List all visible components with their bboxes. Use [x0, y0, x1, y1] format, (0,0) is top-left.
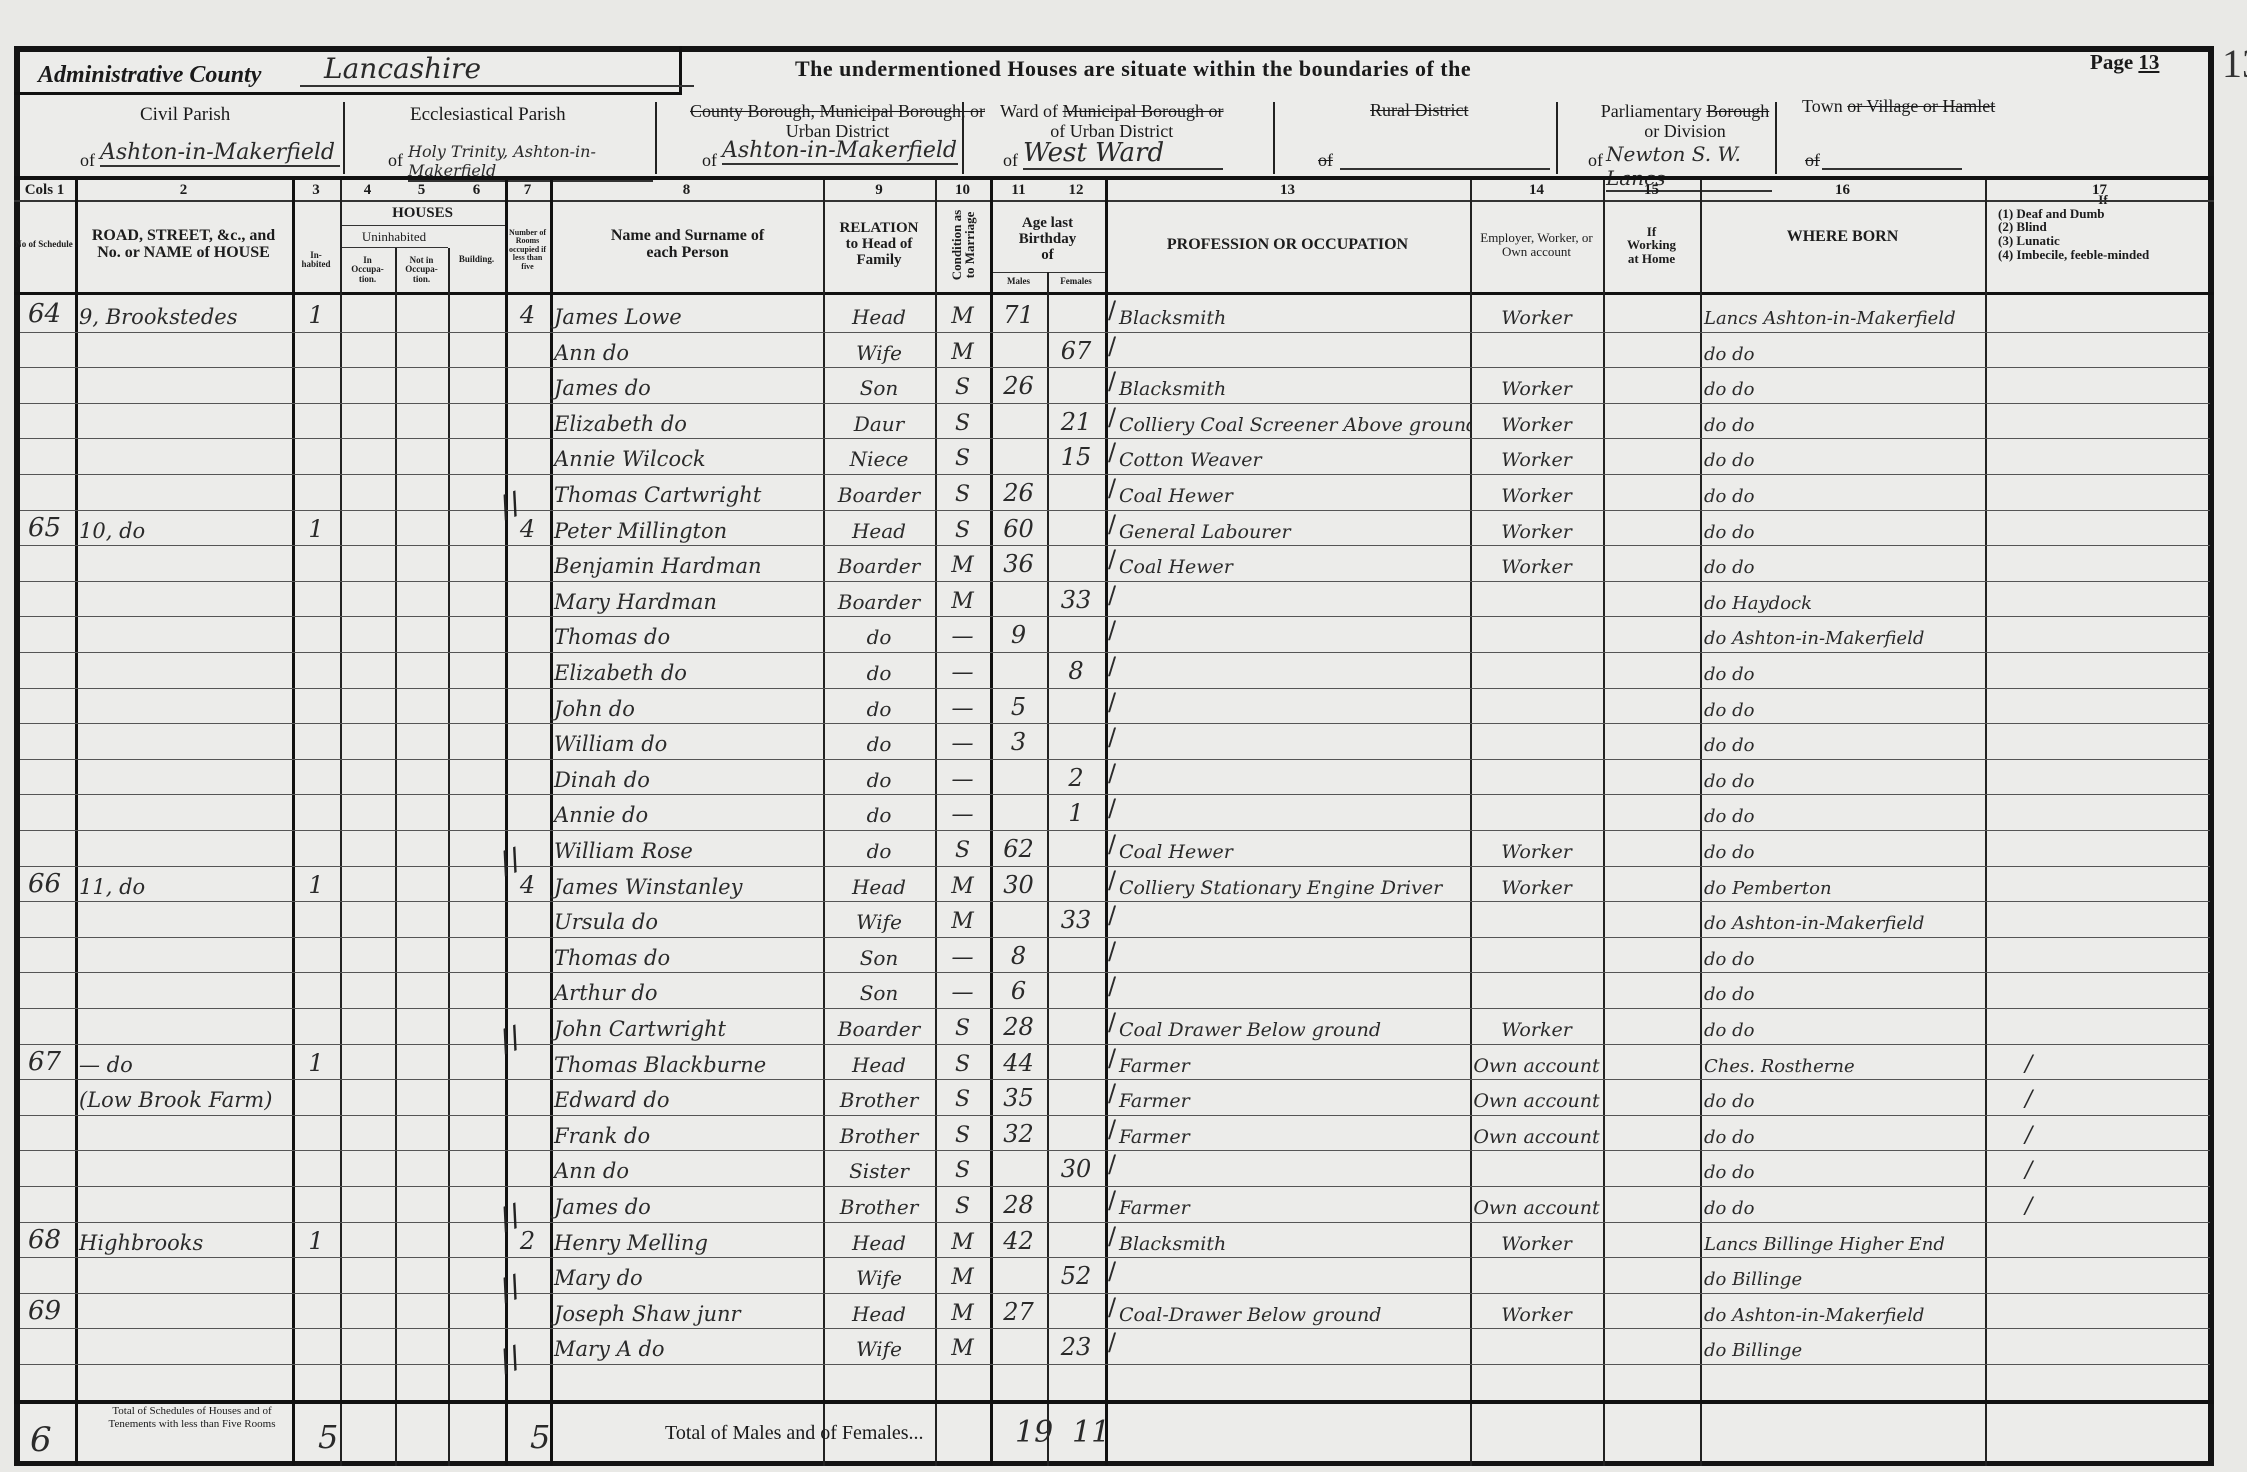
marital-condition: M — [935, 581, 990, 617]
check-mark-icon: / — [1108, 581, 1116, 609]
rooms-count — [505, 545, 550, 581]
page-label-text: Page — [2090, 50, 2133, 74]
schedule-number: 69 — [14, 1293, 75, 1329]
inhabited-count — [292, 723, 340, 759]
col1-header: No of Schedule — [14, 205, 74, 285]
ward-label: Ward of Municipal Borough or of Urban Di… — [1000, 102, 1224, 142]
person-name: William do — [550, 723, 823, 759]
employment-status — [1470, 616, 1603, 652]
town-of: of — [1805, 150, 1820, 171]
col2-header: ROAD, STREET, &c., and No. or NAME of HO… — [75, 205, 292, 285]
col10-header-text: Condition as to Marriage — [950, 207, 976, 283]
inhabited-count — [292, 901, 340, 937]
relation: Head — [823, 296, 935, 332]
ecclesiastical-of: of — [388, 150, 403, 171]
table-row: Ann doSisterS30do do// — [0, 1150, 2247, 1186]
relation: do — [823, 652, 935, 688]
houses-subrule — [340, 247, 448, 248]
schedule-number — [14, 1079, 75, 1115]
struck-label: Municipal Borough or — [1063, 101, 1224, 121]
col4-header: In Occupa-tion. — [340, 250, 395, 290]
table-row: 6611, do14James WinstanleyHeadM30Collier… — [0, 866, 2247, 902]
infirmity-mark — [1985, 937, 2214, 973]
rooms-count — [505, 937, 550, 973]
schedule-number — [14, 794, 75, 830]
address — [75, 1150, 292, 1186]
infirmity-mark — [1985, 901, 2214, 937]
female-age — [1047, 972, 1105, 1008]
birthplace: do Billinge — [1700, 1257, 1985, 1293]
column-number: 2 — [75, 182, 292, 199]
birthplace: do do — [1700, 438, 1985, 474]
inhabited-count: 1 — [292, 866, 340, 902]
person-name: William Rose — [550, 830, 823, 866]
inhabited-count — [292, 581, 340, 617]
totals-rule — [14, 1400, 2214, 1404]
colnum-rule — [14, 200, 2214, 202]
address — [75, 438, 292, 474]
female-age — [1047, 866, 1105, 902]
col17-item: (4) Imbecile, feeble-minded — [1998, 248, 2208, 262]
marital-condition: — — [935, 616, 990, 652]
employment-status — [1470, 937, 1603, 973]
rooms-count — [505, 1150, 550, 1186]
schedule-number — [14, 1257, 75, 1293]
birthplace: do do — [1700, 937, 1985, 973]
marital-condition: S — [935, 510, 990, 546]
address: Highbrooks — [75, 1222, 292, 1258]
marital-condition: S — [935, 367, 990, 403]
marital-condition: M — [935, 545, 990, 581]
male-age: 3 — [990, 723, 1047, 759]
male-age: 35 — [990, 1079, 1047, 1115]
table-row: Arthur doSon—6do do/ — [0, 972, 2247, 1008]
check-mark-icon: / — [1108, 901, 1116, 929]
ward-of: of — [1003, 150, 1018, 171]
inhabited-count — [292, 545, 340, 581]
table-row: 6510, do14Peter MillingtonHeadS60General… — [0, 510, 2247, 546]
female-age — [1047, 367, 1105, 403]
rooms-count — [505, 403, 550, 439]
marital-condition: — — [935, 794, 990, 830]
address — [75, 1186, 292, 1222]
relation: Wife — [823, 1257, 935, 1293]
male-age — [990, 1328, 1047, 1364]
address — [75, 1293, 292, 1329]
check-mark-icon: / — [1108, 403, 1116, 431]
address — [75, 367, 292, 403]
parliamentary-of: of — [1588, 150, 1603, 171]
employment-status: Worker — [1470, 866, 1603, 902]
address — [75, 688, 292, 724]
person-name: John do — [550, 688, 823, 724]
person-name: James do — [550, 367, 823, 403]
female-age — [1047, 688, 1105, 724]
occupation: Coal-Drawer Below ground — [1105, 1293, 1470, 1329]
person-name: Annie do — [550, 794, 823, 830]
infirmity-mark — [1985, 332, 2214, 368]
occupation — [1105, 652, 1470, 688]
female-age — [1047, 1079, 1105, 1115]
birthplace: Lancs Billinge Higher End — [1700, 1222, 1985, 1258]
female-age — [1047, 616, 1105, 652]
inhabited-count — [292, 830, 340, 866]
address: 10, do — [75, 510, 292, 546]
relation: Son — [823, 972, 935, 1008]
col13-header: PROFESSION OR OCCUPATION — [1105, 220, 1470, 270]
relation: do — [823, 616, 935, 652]
person-name: Henry Melling — [550, 1222, 823, 1258]
address — [75, 794, 292, 830]
relation: do — [823, 759, 935, 795]
employment-status — [1470, 332, 1603, 368]
inhabited-count — [292, 1186, 340, 1222]
col7-header: Number of Rooms occupied if less than fi… — [505, 215, 550, 285]
female-age — [1047, 1186, 1105, 1222]
female-age — [1047, 1293, 1105, 1329]
person-name: Thomas do — [550, 937, 823, 973]
table-row: Elizabeth dodo—8do do/ — [0, 652, 2247, 688]
male-age: 28 — [990, 1008, 1047, 1044]
address — [75, 616, 292, 652]
col8-header: Name and Surname of each Person — [560, 215, 815, 275]
relation: do — [823, 723, 935, 759]
table-row: Annie dodo—1do do/ — [0, 794, 2247, 830]
check-mark-icon: / — [1108, 438, 1116, 466]
column-number: 11 — [990, 182, 1047, 199]
person-name: Thomas do — [550, 616, 823, 652]
male-age: 62 — [990, 830, 1047, 866]
struck-label: County Borough, Municipal Borough, or — [690, 101, 985, 121]
employment-status — [1470, 1328, 1603, 1364]
relation: do — [823, 794, 935, 830]
schedule-number: 65 — [14, 510, 75, 546]
col17-item: (2) Blind — [1998, 220, 2208, 234]
schedule-number — [14, 759, 75, 795]
divider — [1556, 102, 1558, 174]
divider — [962, 102, 964, 174]
marital-condition: — — [935, 652, 990, 688]
relation: Brother — [823, 1115, 935, 1151]
schedule-number — [14, 581, 75, 617]
person-name: Edward do — [550, 1079, 823, 1115]
infirmity-mark: / — [1985, 1115, 2214, 1151]
column-number: Cols 1 — [14, 182, 75, 199]
birthplace: do do — [1700, 367, 1985, 403]
column-number: 15 — [1603, 182, 1700, 199]
male-age — [990, 652, 1047, 688]
male-age: 71 — [990, 296, 1047, 332]
occupation: Blacksmith — [1105, 296, 1470, 332]
divider — [1775, 102, 1777, 174]
schedule-number — [14, 1328, 75, 1364]
marital-condition: S — [935, 1008, 990, 1044]
schedule-number — [14, 332, 75, 368]
birthplace: do do — [1700, 403, 1985, 439]
table-row: Elizabeth doDaurS21Colliery Coal Screene… — [0, 403, 2247, 439]
employment-status — [1470, 581, 1603, 617]
admin-county-value: Lancashire — [300, 52, 694, 87]
person-name: Benjamin Hardman — [550, 545, 823, 581]
person-name: John Cartwright — [550, 1008, 823, 1044]
column-number: 10 — [935, 182, 990, 199]
address — [75, 937, 292, 973]
birthplace: do do — [1700, 972, 1985, 1008]
employment-status — [1470, 688, 1603, 724]
occupation: Coal Hewer — [1105, 545, 1470, 581]
table-row: John dodo—5do do/ — [0, 688, 2247, 724]
inhabited-count — [292, 1328, 340, 1364]
header-bottom-rule — [14, 292, 2214, 295]
address — [75, 545, 292, 581]
rural-district-label: Rural District — [1370, 100, 1468, 121]
check-mark-icon: / — [1108, 616, 1116, 644]
address — [75, 1115, 292, 1151]
totals-schedules: 6 — [30, 1420, 52, 1460]
check-mark-icon: / — [1108, 937, 1116, 965]
check-mark-icon: / — [1108, 1008, 1116, 1036]
schedule-number — [14, 545, 75, 581]
infirmity-mark — [1985, 1008, 2214, 1044]
male-age: 42 — [990, 1222, 1047, 1258]
male-age: 26 — [990, 367, 1047, 403]
occupation: Farmer — [1105, 1079, 1470, 1115]
table-row: Annie WilcockNieceS15Cotton WeaverWorker… — [0, 438, 2247, 474]
table-row: Dinah dodo—2do do/ — [0, 759, 2247, 795]
check-mark-icon: / — [1108, 367, 1116, 395]
infirmity-mark: / — [1985, 1079, 2214, 1115]
occupation — [1105, 937, 1470, 973]
relation: Wife — [823, 901, 935, 937]
person-name: James Lowe — [550, 296, 823, 332]
town-text: Town — [1802, 96, 1843, 116]
birthplace: Lancs Ashton-in-Makerfield — [1700, 296, 1985, 332]
address: 11, do — [75, 866, 292, 902]
check-mark-icon: / — [1108, 688, 1116, 716]
civil-parish-label: Civil Parish — [140, 104, 230, 126]
inhabited-count — [292, 367, 340, 403]
schedule-number — [14, 1150, 75, 1186]
table-row: John CartwrightBoarderS28Coal Drawer Bel… — [0, 1008, 2247, 1044]
address — [75, 830, 292, 866]
marital-condition: S — [935, 1044, 990, 1080]
check-mark-icon: / — [1108, 332, 1116, 360]
male-age: 28 — [990, 1186, 1047, 1222]
inhabited-count — [292, 1293, 340, 1329]
inhabited-count — [292, 332, 340, 368]
urban-district-value: Ashton-in-Makerfield — [722, 138, 958, 165]
male-age — [990, 1150, 1047, 1186]
schedule-number — [14, 474, 75, 510]
inhabited-count — [292, 1079, 340, 1115]
schedule-number — [14, 972, 75, 1008]
col14-header: Employer, Worker, or Own account — [1470, 205, 1603, 285]
totals-males: 19 — [1015, 1415, 1053, 1450]
inhabited-count — [292, 937, 340, 973]
schedule-number — [14, 616, 75, 652]
occupation — [1105, 688, 1470, 724]
female-age: 33 — [1047, 901, 1105, 937]
birthplace: do Haydock — [1700, 581, 1985, 617]
infirmity-mark — [1985, 438, 2214, 474]
infirmity-mark — [1985, 830, 2214, 866]
infirmity-mark — [1985, 581, 2214, 617]
person-name: Frank do — [550, 1115, 823, 1151]
totals-females: 11 — [1072, 1415, 1110, 1450]
occupation: Coal Hewer — [1105, 474, 1470, 510]
marital-condition: S — [935, 403, 990, 439]
inhabited-count — [292, 403, 340, 439]
occupation — [1105, 1257, 1470, 1293]
page-number: 13 — [2138, 50, 2159, 74]
schedule-number — [14, 723, 75, 759]
occupation: Colliery Stationary Engine Driver — [1105, 866, 1470, 902]
col5-header: Not in Occupa-tion. — [395, 250, 448, 290]
col10-header: Condition as to Marriage — [935, 205, 990, 285]
parliamentary-text: Parliamentary — [1601, 101, 1702, 121]
female-age — [1047, 830, 1105, 866]
person-name: Peter Millington — [550, 510, 823, 546]
employment-status: Worker — [1470, 367, 1603, 403]
female-age: 52 — [1047, 1257, 1105, 1293]
occupation: Colliery Coal Screener Above ground — [1105, 403, 1470, 439]
marital-condition: — — [935, 688, 990, 724]
schedule-number — [14, 1115, 75, 1151]
rural-district-of: of — [1318, 150, 1333, 171]
female-age: 2 — [1047, 759, 1105, 795]
table-row: 67— do1Thomas BlackburneHeadS44FarmerOwn… — [0, 1044, 2247, 1080]
marital-condition: M — [935, 1257, 990, 1293]
column-number: 5 — [395, 182, 448, 199]
check-mark-icon: / — [1108, 1115, 1116, 1143]
relation: Wife — [823, 332, 935, 368]
male-age: 44 — [990, 1044, 1047, 1080]
table-row: Ann doWifeM67do do/ — [0, 332, 2247, 368]
birthplace: do do — [1700, 1150, 1985, 1186]
schedule-number: 68 — [14, 1222, 75, 1258]
table-row: Thomas doSon—8do do/ — [0, 937, 2247, 973]
employment-status: Worker — [1470, 403, 1603, 439]
relation: Head — [823, 866, 935, 902]
marital-condition: — — [935, 759, 990, 795]
civil-parish-value: Ashton-in-Makerfield — [100, 140, 340, 167]
person-name: Mary A do — [550, 1328, 823, 1364]
check-mark-icon: / — [1108, 723, 1116, 751]
table-row: James doBrotherS28FarmerOwn accountdo do… — [0, 1186, 2247, 1222]
column-number: 8 — [550, 182, 823, 199]
rooms-count — [505, 652, 550, 688]
table-row: Benjamin HardmanBoarderM36Coal HewerWork… — [0, 545, 2247, 581]
uninhabited-header: Uninhabited — [340, 226, 448, 248]
marital-condition: S — [935, 474, 990, 510]
person-name: Annie Wilcock — [550, 438, 823, 474]
employment-status: Worker — [1470, 1222, 1603, 1258]
urban-district-label: County Borough, Municipal Borough, or Ur… — [690, 102, 985, 142]
employment-status: Own account — [1470, 1044, 1603, 1080]
page-label: Page 13 — [2090, 50, 2159, 75]
address — [75, 474, 292, 510]
infirmity-mark — [1985, 367, 2214, 403]
rooms-count — [505, 367, 550, 403]
intro-text: The undermentioned Houses are situate wi… — [795, 56, 1471, 82]
check-mark-icon: / — [1108, 1150, 1116, 1178]
person-name: James do — [550, 1186, 823, 1222]
relation: Head — [823, 1222, 935, 1258]
birthplace: do Billinge — [1700, 1328, 1985, 1364]
infirmity-mark — [1985, 403, 2214, 439]
birthplace: do do — [1700, 723, 1985, 759]
column-number: 6 — [448, 182, 505, 199]
marital-condition: S — [935, 438, 990, 474]
table-row: 649, Brookstedes14James LoweHeadM71Black… — [0, 296, 2247, 332]
inhabited-count — [292, 1115, 340, 1151]
marital-condition: M — [935, 332, 990, 368]
address — [75, 581, 292, 617]
female-age — [1047, 545, 1105, 581]
birthplace: do do — [1700, 688, 1985, 724]
birthplace: do do — [1700, 1186, 1985, 1222]
female-age: 21 — [1047, 403, 1105, 439]
female-age — [1047, 510, 1105, 546]
civil-parish-of: of — [80, 150, 95, 171]
parliamentary-text-2: or Division — [1644, 121, 1726, 141]
person-name: Mary Hardman — [550, 581, 823, 617]
employment-status: Worker — [1470, 545, 1603, 581]
check-mark-icon: / — [1108, 1222, 1116, 1250]
birthplace: do do — [1700, 474, 1985, 510]
inhabited-count: 1 — [292, 1222, 340, 1258]
admin-county-label: Administrative County — [38, 62, 261, 89]
table-row: 69Joseph Shaw junrHeadM27Coal-Drawer Bel… — [0, 1293, 2247, 1329]
male-age: 27 — [990, 1293, 1047, 1329]
male-age: 30 — [990, 866, 1047, 902]
col17-item: (1) Deaf and Dumb — [1998, 207, 2208, 221]
person-name: Mary do — [550, 1257, 823, 1293]
relation: Head — [823, 510, 935, 546]
address — [75, 1328, 292, 1364]
infirmity-mark — [1985, 510, 2214, 546]
column-number: 4 — [340, 182, 395, 199]
table-row: Ursula doWifeM33do Ashton-in-Makerfield/ — [0, 901, 2247, 937]
employment-status: Worker — [1470, 1293, 1603, 1329]
birthplace: do do — [1700, 1008, 1985, 1044]
birthplace: do do — [1700, 1079, 1985, 1115]
rooms-count — [505, 616, 550, 652]
employment-status — [1470, 652, 1603, 688]
table-row: Frank doBrotherS32FarmerOwn accountdo do… — [0, 1115, 2247, 1151]
inhabited-count — [292, 688, 340, 724]
address — [75, 332, 292, 368]
person-name: Elizabeth do — [550, 652, 823, 688]
infirmity-mark — [1985, 1293, 2214, 1329]
ecclesiastical-parish-label: Ecclesiastical Parish — [410, 104, 566, 126]
schedule-number — [14, 830, 75, 866]
address — [75, 972, 292, 1008]
infirmity-mark — [1985, 688, 2214, 724]
male-age — [990, 438, 1047, 474]
marital-condition: S — [935, 1186, 990, 1222]
relation: Son — [823, 367, 935, 403]
row-rule — [20, 1364, 2210, 1365]
employment-status: Own account — [1470, 1079, 1603, 1115]
schedule-number: 66 — [14, 866, 75, 902]
check-mark-icon: / — [1108, 510, 1116, 538]
marital-condition: M — [935, 1328, 990, 1364]
rooms-count — [505, 332, 550, 368]
inhabited-count — [292, 616, 340, 652]
divider — [1273, 102, 1275, 174]
male-age: 36 — [990, 545, 1047, 581]
